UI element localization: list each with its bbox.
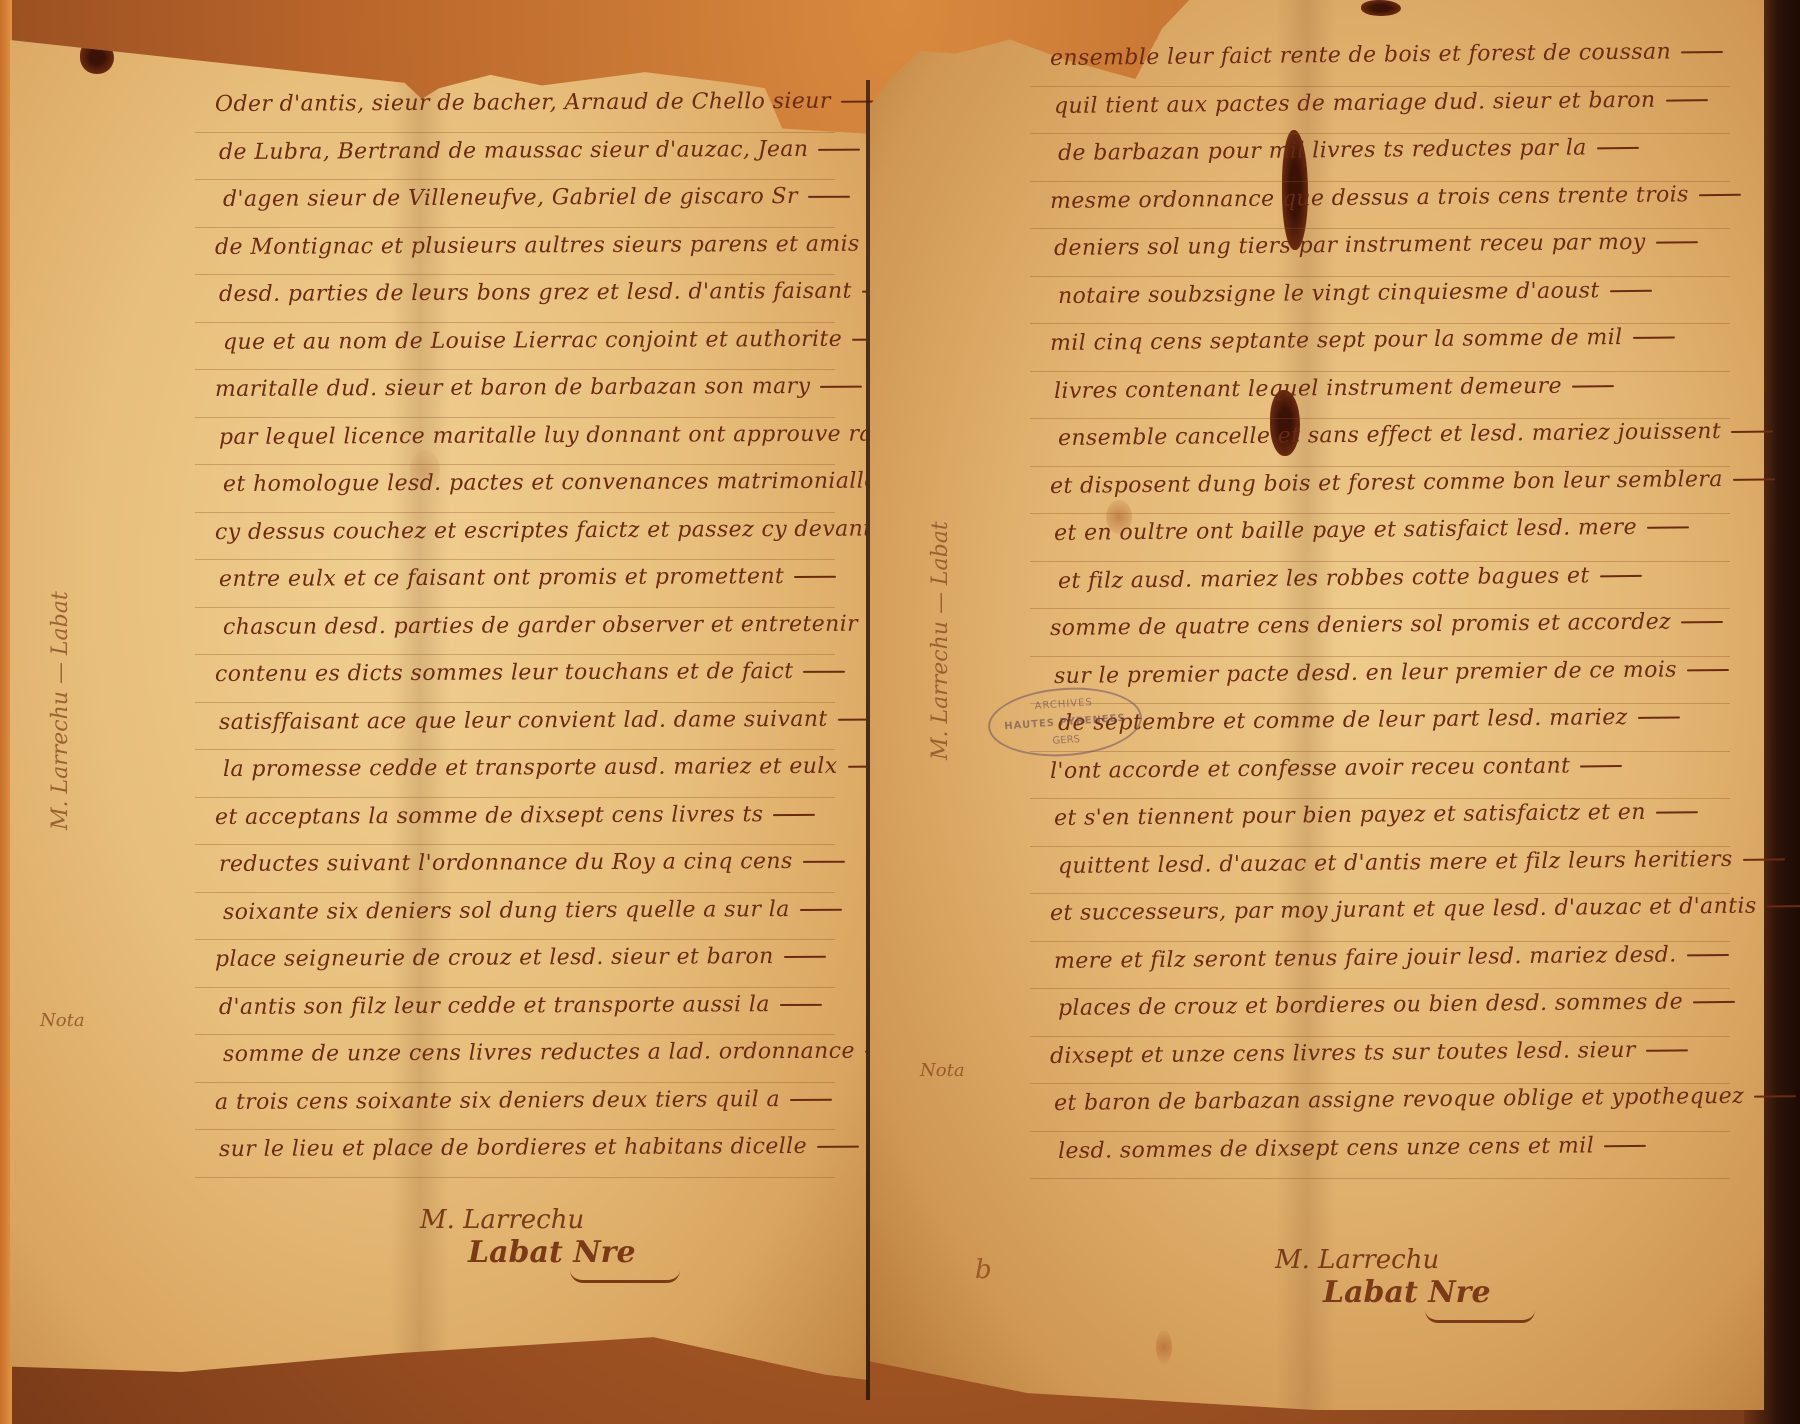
ruled-line	[1030, 418, 1730, 419]
ruled-line	[195, 274, 835, 275]
line-text: Oder d'antis, sieur de bacher, Arnaud de…	[215, 89, 831, 117]
line-text: et homologue lesd. pactes et convenances…	[223, 469, 890, 497]
manuscript-line: d'antis son filz leur cedde et transport…	[219, 991, 822, 1019]
ruled-line	[195, 607, 835, 608]
line-filler-dash	[1693, 1001, 1735, 1003]
ruled-line	[195, 749, 835, 750]
line-filler-dash	[808, 196, 850, 198]
manuscript-line: entre eulx et ce faisant ont promis et p…	[219, 564, 836, 592]
manuscript-line: livres contenant lequel instrument demeu…	[1054, 373, 1614, 404]
ruled-line	[195, 1129, 835, 1130]
line-text: a trois cens soixante six deniers deux t…	[215, 1087, 780, 1115]
ruled-line	[1030, 656, 1730, 657]
ruled-line	[195, 179, 835, 180]
line-text: et acceptans la somme de dixsept cens li…	[215, 802, 764, 830]
manuscript-line: desd. parties de leurs bons grez et lesd…	[219, 278, 904, 307]
ruled-line	[1030, 608, 1730, 609]
line-filler-dash	[1733, 478, 1775, 480]
ruled-line	[1030, 561, 1730, 562]
line-filler-dash	[1646, 1049, 1688, 1051]
ruled-line	[195, 987, 835, 988]
line-filler-dash	[794, 576, 836, 578]
ruled-line	[195, 417, 835, 418]
ruled-line	[1030, 1178, 1730, 1179]
line-text: somme de unze cens livres reductes a lad…	[223, 1039, 855, 1067]
line-filler-dash	[1572, 385, 1614, 387]
manuscript-line: maritalle dud. sieur et baron de barbaza…	[215, 374, 863, 402]
manuscript-line: Oder d'antis, sieur de bacher, Arnaud de…	[215, 89, 883, 117]
line-filler-dash	[1604, 1144, 1646, 1146]
ruled-line	[1030, 1083, 1730, 1084]
ruled-line	[1030, 893, 1730, 894]
line-text: la promesse cedde et transporte ausd. ma…	[223, 754, 838, 782]
ruled-line	[195, 939, 835, 940]
manuscript-line: reductes suivant l'ordonnance du Roy a c…	[219, 849, 845, 877]
line-filler-dash	[1600, 574, 1642, 576]
manuscript-line: place seigneurie de crouz et lesd. sieur…	[215, 944, 826, 972]
ruled-line	[195, 369, 835, 370]
manuscript-line: sur le lieu et place de bordieres et hab…	[219, 1134, 859, 1162]
stain	[1156, 1330, 1172, 1364]
ruled-line	[1030, 751, 1730, 752]
line-filler-dash	[818, 148, 860, 150]
ruled-line	[195, 512, 835, 513]
manuscript-line: l'ont accorde et confesse avoir receu co…	[1050, 753, 1623, 784]
line-filler-dash	[1647, 526, 1689, 528]
vertical-signature-right: M. Larrechu — Labat	[928, 521, 953, 760]
ruled-line	[195, 892, 835, 893]
line-text: et filz ausd. mariez les robbes cotte ba…	[1058, 563, 1590, 594]
ruled-line	[1030, 988, 1730, 989]
manuscript-line: soixante six deniers sol dung tiers quel…	[223, 896, 842, 924]
line-filler-dash	[1687, 668, 1729, 670]
line-filler-dash	[1754, 1095, 1796, 1097]
margin-note-nota-right: Nota	[920, 1060, 965, 1081]
ruled-line	[195, 322, 835, 323]
line-filler-dash	[1666, 99, 1708, 101]
ruled-line	[195, 464, 835, 465]
ruled-line	[195, 844, 835, 845]
line-text: place seigneurie de crouz et lesd. sieur…	[215, 944, 774, 972]
signature-right: M. Larrechu Labat Nre	[1275, 1245, 1535, 1323]
signature-name: M. Larrechu	[1275, 1245, 1535, 1275]
line-filler-dash	[800, 908, 842, 910]
manuscript-line: chascun desd. parties de garder observer…	[223, 611, 938, 640]
manuscript-line: somme de unze cens livres reductes a lad…	[223, 1038, 907, 1067]
ruled-line	[1030, 228, 1730, 229]
manuscript-line: contenu es dicts sommes leur touchans et…	[215, 659, 846, 687]
ruled-line	[195, 654, 835, 655]
line-text: satisffaisant ace que leur convient lad.…	[219, 706, 828, 734]
ink-blot	[80, 40, 114, 74]
signature-flourish	[570, 1270, 680, 1283]
ruled-line	[1030, 133, 1730, 134]
signature-name: M. Larrechu	[420, 1205, 680, 1235]
line-filler-dash	[803, 861, 845, 863]
line-filler-dash	[1580, 765, 1622, 767]
ruled-line	[1030, 466, 1730, 467]
line-text: reductes suivant l'ordonnance du Roy a c…	[219, 849, 793, 877]
ruled-line	[1030, 371, 1730, 372]
signature-flourish	[1425, 1310, 1535, 1323]
margin-note-nota-left: Nota	[40, 1010, 85, 1031]
line-text: notaire soubzsigne le vingt cinquiesme d…	[1058, 278, 1600, 309]
line-filler-dash	[773, 813, 815, 815]
ink-blot	[1361, 0, 1401, 16]
line-filler-dash	[1681, 51, 1723, 53]
line-filler-dash	[1767, 905, 1800, 907]
line-text: cy dessus couchez et escriptes faictz et…	[215, 516, 873, 544]
ruled-line	[1030, 941, 1730, 942]
ruled-line	[195, 559, 835, 560]
ruled-line	[1030, 181, 1730, 182]
ruled-line	[195, 132, 835, 133]
manuscript-line: d'agen sieur de Villeneufve, Gabriel de …	[223, 184, 850, 212]
line-text: par lequel licence maritalle luy donnant…	[219, 421, 928, 450]
binding-gutter	[866, 80, 870, 1400]
line-filler-dash	[1731, 431, 1773, 433]
margin-note-b: b	[975, 1255, 992, 1285]
line-filler-dash	[1687, 953, 1729, 955]
manuscript-line: que et au nom de Louise Lierrac conjoint…	[223, 326, 894, 355]
line-text: d'antis son filz leur cedde et transport…	[219, 992, 770, 1020]
manuscript-line: cy dessus couchez et escriptes faictz et…	[215, 516, 925, 545]
ruled-line	[1030, 513, 1730, 514]
line-filler-dash	[1610, 289, 1652, 291]
line-text: maritalle dud. sieur et baron de barbaza…	[215, 374, 811, 402]
line-text: contenu es dicts sommes leur touchans et…	[215, 659, 794, 687]
signature-left: M. Larrechu Labat Nre	[420, 1205, 680, 1283]
line-filler-dash	[780, 1003, 822, 1005]
ruled-line	[1030, 323, 1730, 324]
signature-notary: Labat Nre	[468, 1235, 680, 1270]
vertical-signature-left: M. Larrechu — Labat	[48, 591, 73, 830]
line-text: l'ont accorde et confesse avoir receu co…	[1050, 753, 1571, 783]
ruled-line	[1030, 1131, 1730, 1132]
line-filler-dash	[784, 956, 826, 958]
ruled-line	[1030, 276, 1730, 277]
line-text: sur le lieu et place de bordieres et hab…	[219, 1134, 807, 1162]
line-filler-dash	[1656, 811, 1698, 813]
line-text: entre eulx et ce faisant ont promis et p…	[219, 564, 784, 592]
ruled-line	[1030, 846, 1730, 847]
line-text: de Lubra, Bertrand de maussac sieur d'au…	[219, 136, 809, 164]
line-filler-dash	[1638, 716, 1680, 718]
manuscript-line: satisffaisant ace que leur convient lad.…	[219, 706, 880, 734]
line-filler-dash	[1656, 241, 1698, 243]
line-text: livres contenant lequel instrument demeu…	[1054, 373, 1562, 403]
ruled-line	[195, 1177, 835, 1178]
line-filler-dash	[817, 1146, 859, 1148]
line-text: chascun desd. parties de garder observer…	[223, 611, 886, 639]
manuscript-line: la promesse cedde et transporte ausd. ma…	[223, 754, 890, 782]
line-text: lesd. sommes de dixsept cens unze cens e…	[1058, 1133, 1594, 1164]
manuscript-line: a trois cens soixante six deniers deux t…	[215, 1086, 832, 1114]
line-filler-dash	[1597, 147, 1639, 149]
line-text: d'agen sieur de Villeneufve, Gabriel de …	[223, 184, 798, 212]
line-filler-dash	[790, 1098, 832, 1100]
line-text: que et au nom de Louise Lierrac conjoint…	[223, 326, 842, 354]
ruled-line	[1030, 86, 1730, 87]
line-filler-dash	[1699, 193, 1741, 195]
line-filler-dash	[1743, 858, 1785, 860]
line-text: soixante six deniers sol dung tiers quel…	[223, 897, 790, 925]
line-text: de Montignac et plusieurs aultres sieurs…	[215, 231, 860, 259]
manuscript-line: de Lubra, Bertrand de maussac sieur d'au…	[219, 136, 861, 164]
line-filler-dash	[803, 671, 845, 673]
ruled-line	[195, 1034, 835, 1035]
signature-notary: Labat Nre	[1323, 1275, 1535, 1310]
ruled-line	[1030, 1036, 1730, 1037]
manuscript-line: et acceptans la somme de dixsept cens li…	[215, 801, 816, 829]
line-filler-dash	[820, 386, 862, 388]
ruled-line	[195, 702, 835, 703]
ruled-line	[195, 1082, 835, 1083]
line-filler-dash	[1681, 621, 1723, 623]
ruled-line	[195, 797, 835, 798]
ruled-line	[1030, 798, 1730, 799]
line-text: desd. parties de leurs bons grez et lesd…	[219, 279, 852, 307]
ruled-line	[195, 227, 835, 228]
line-filler-dash	[1633, 336, 1675, 338]
manuscript-line: et homologue lesd. pactes et convenances…	[223, 468, 942, 497]
manuscript-line: de Montignac et plusieurs aultres sieurs…	[215, 231, 912, 260]
